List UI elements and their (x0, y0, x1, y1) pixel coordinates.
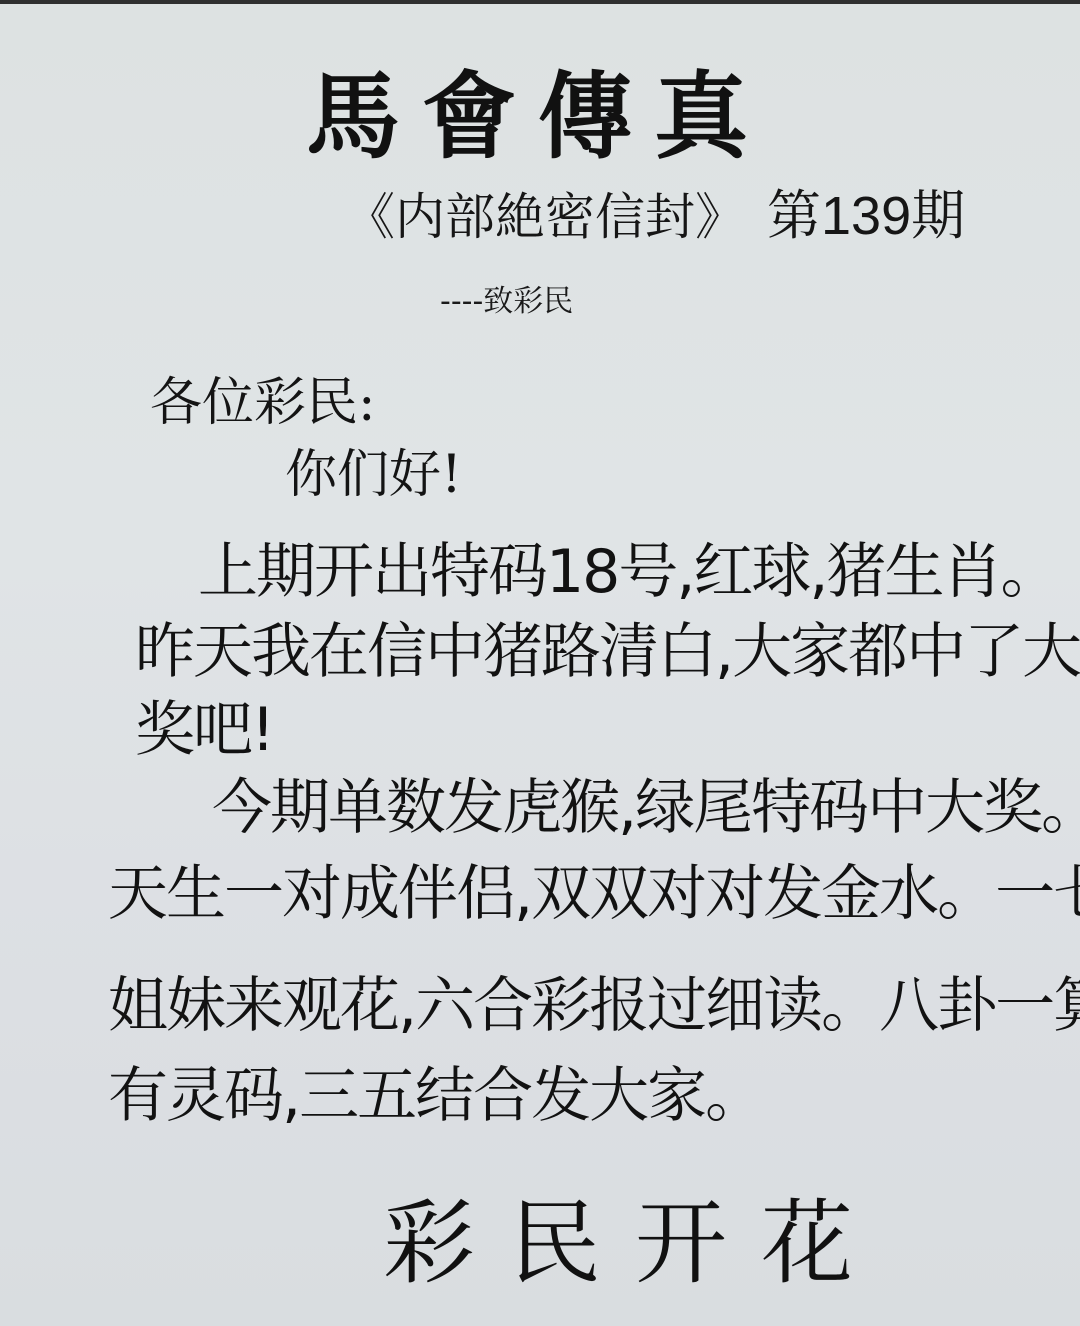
dedication-line: ----致彩民 (440, 282, 573, 322)
envelope-label: 《内部絶密信封》 (345, 188, 745, 246)
issue-number: 第139期 (767, 186, 965, 246)
body-line-6: 姐妹来观花,六合彩报过细读。八卦一算 (108, 968, 1080, 1044)
letter-salutation: 各位彩民: (150, 370, 376, 436)
body-line-3: 奖吧! (135, 692, 273, 768)
letter-greeting: 你们好! (285, 442, 462, 508)
body-line-1: 上期开出特码18号,红球,猪生肖。 (198, 534, 1059, 610)
document-title: 馬會傳真 (306, 62, 770, 172)
body-line-2: 昨天我在信中猪路清白,大家都中了大 (135, 614, 1080, 690)
body-line-7: 有灵码,三五结合发大家。 (108, 1058, 763, 1134)
scanned-letter-page: 馬會傳真 《内部絶密信封》第139期 ----致彩民 各位彩民: 你们好! 上期… (0, 4, 1080, 1326)
body-line-5: 天生一对成伴侣,双双对对发金水。一七 (108, 856, 1080, 932)
document-subtitle: 《内部絶密信封》第139期 (345, 184, 965, 249)
body-line-4: 今期单数发虎猴,绿尾特码中大奖。 (212, 770, 1080, 846)
letter-signature: 彩民开花 (383, 1184, 887, 1304)
